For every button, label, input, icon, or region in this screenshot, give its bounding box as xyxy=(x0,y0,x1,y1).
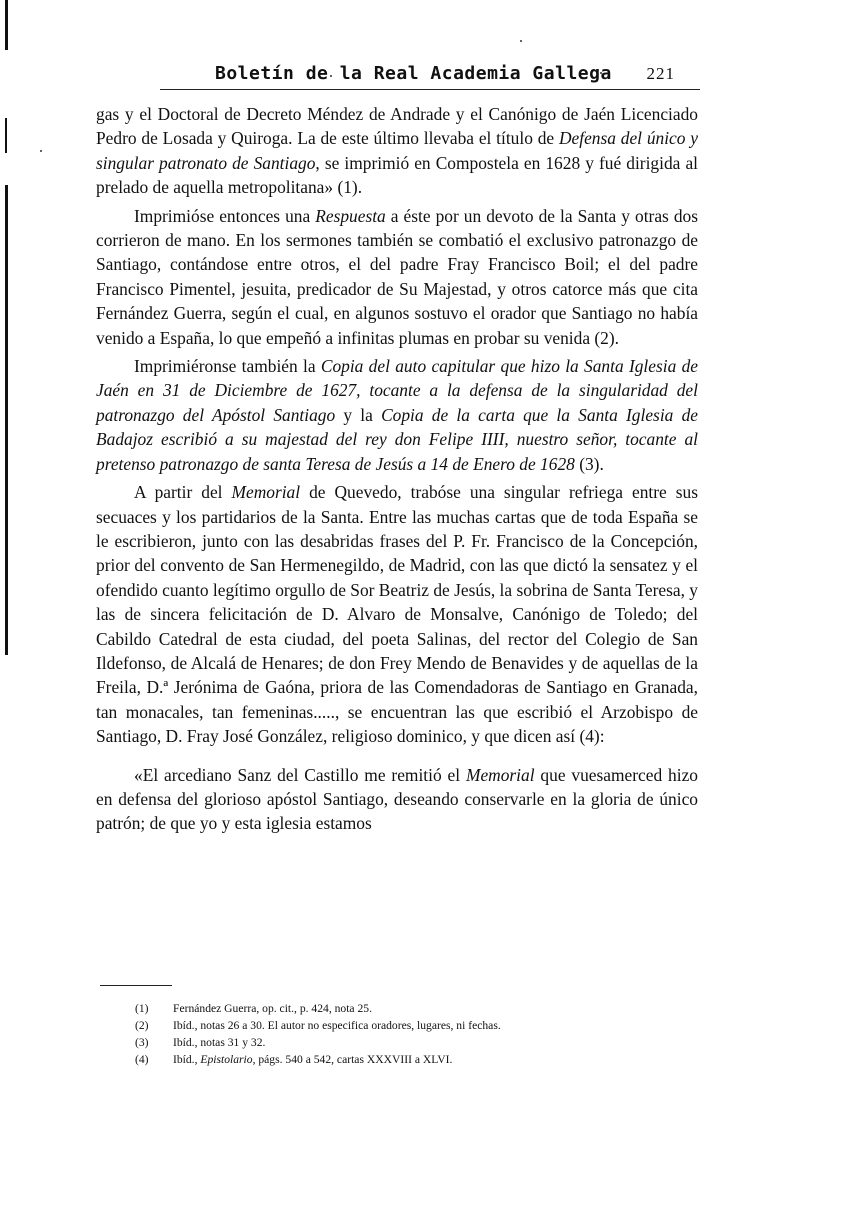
scan-edge-line-top xyxy=(5,0,8,50)
page-number: 221 xyxy=(647,64,676,84)
footnotes: (1) Fernández Guerra, op. cit., p. 424, … xyxy=(135,1000,675,1068)
footnote-text: Ibíd., notas 26 a 30. El autor no especi… xyxy=(173,1017,501,1034)
body-text: gas y el Doctoral de Decreto Méndez de A… xyxy=(96,102,698,840)
paragraph-3: Imprimiéronse también la Copia del auto … xyxy=(96,354,698,476)
scan-speck xyxy=(520,40,522,42)
paragraph-2: Imprimióse entonces una Respuesta a éste… xyxy=(96,204,698,350)
footnote-4: (4) Ibíd., Epistolario, págs. 540 a 542,… xyxy=(135,1051,675,1068)
page-header: Boletín de la Real Academia Gallega 221 xyxy=(160,60,700,90)
footnote-number: (1) xyxy=(135,1000,173,1017)
footnote-3: (3) Ibíd., notas 31 y 32. xyxy=(135,1034,675,1051)
footnote-rule xyxy=(100,985,172,986)
header-rule xyxy=(160,89,700,90)
scan-speck xyxy=(600,72,602,74)
footnote-number: (3) xyxy=(135,1034,173,1051)
scan-edge-line-long xyxy=(5,185,8,655)
scan-edge-line-mid xyxy=(5,118,7,153)
running-title: Boletín de la Real Academia Gallega xyxy=(215,63,612,84)
scan-speck xyxy=(40,150,42,152)
footnote-text: Ibíd., Epistolario, págs. 540 a 542, car… xyxy=(173,1051,452,1068)
paragraph-4: A partir del Memorial de Quevedo, trabós… xyxy=(96,480,698,748)
quotation-paragraph: «El arcediano Sanz del Castillo me remit… xyxy=(96,763,698,836)
footnote-text: Ibíd., notas 31 y 32. xyxy=(173,1034,265,1051)
footnote-1: (1) Fernández Guerra, op. cit., p. 424, … xyxy=(135,1000,675,1017)
footnote-2: (2) Ibíd., notas 26 a 30. El autor no es… xyxy=(135,1017,675,1034)
paragraph-1: gas y el Doctoral de Decreto Méndez de A… xyxy=(96,102,698,200)
footnote-number: (4) xyxy=(135,1051,173,1068)
footnote-number: (2) xyxy=(135,1017,173,1034)
scan-speck xyxy=(330,75,332,77)
footnote-text: Fernández Guerra, op. cit., p. 424, nota… xyxy=(173,1000,372,1017)
